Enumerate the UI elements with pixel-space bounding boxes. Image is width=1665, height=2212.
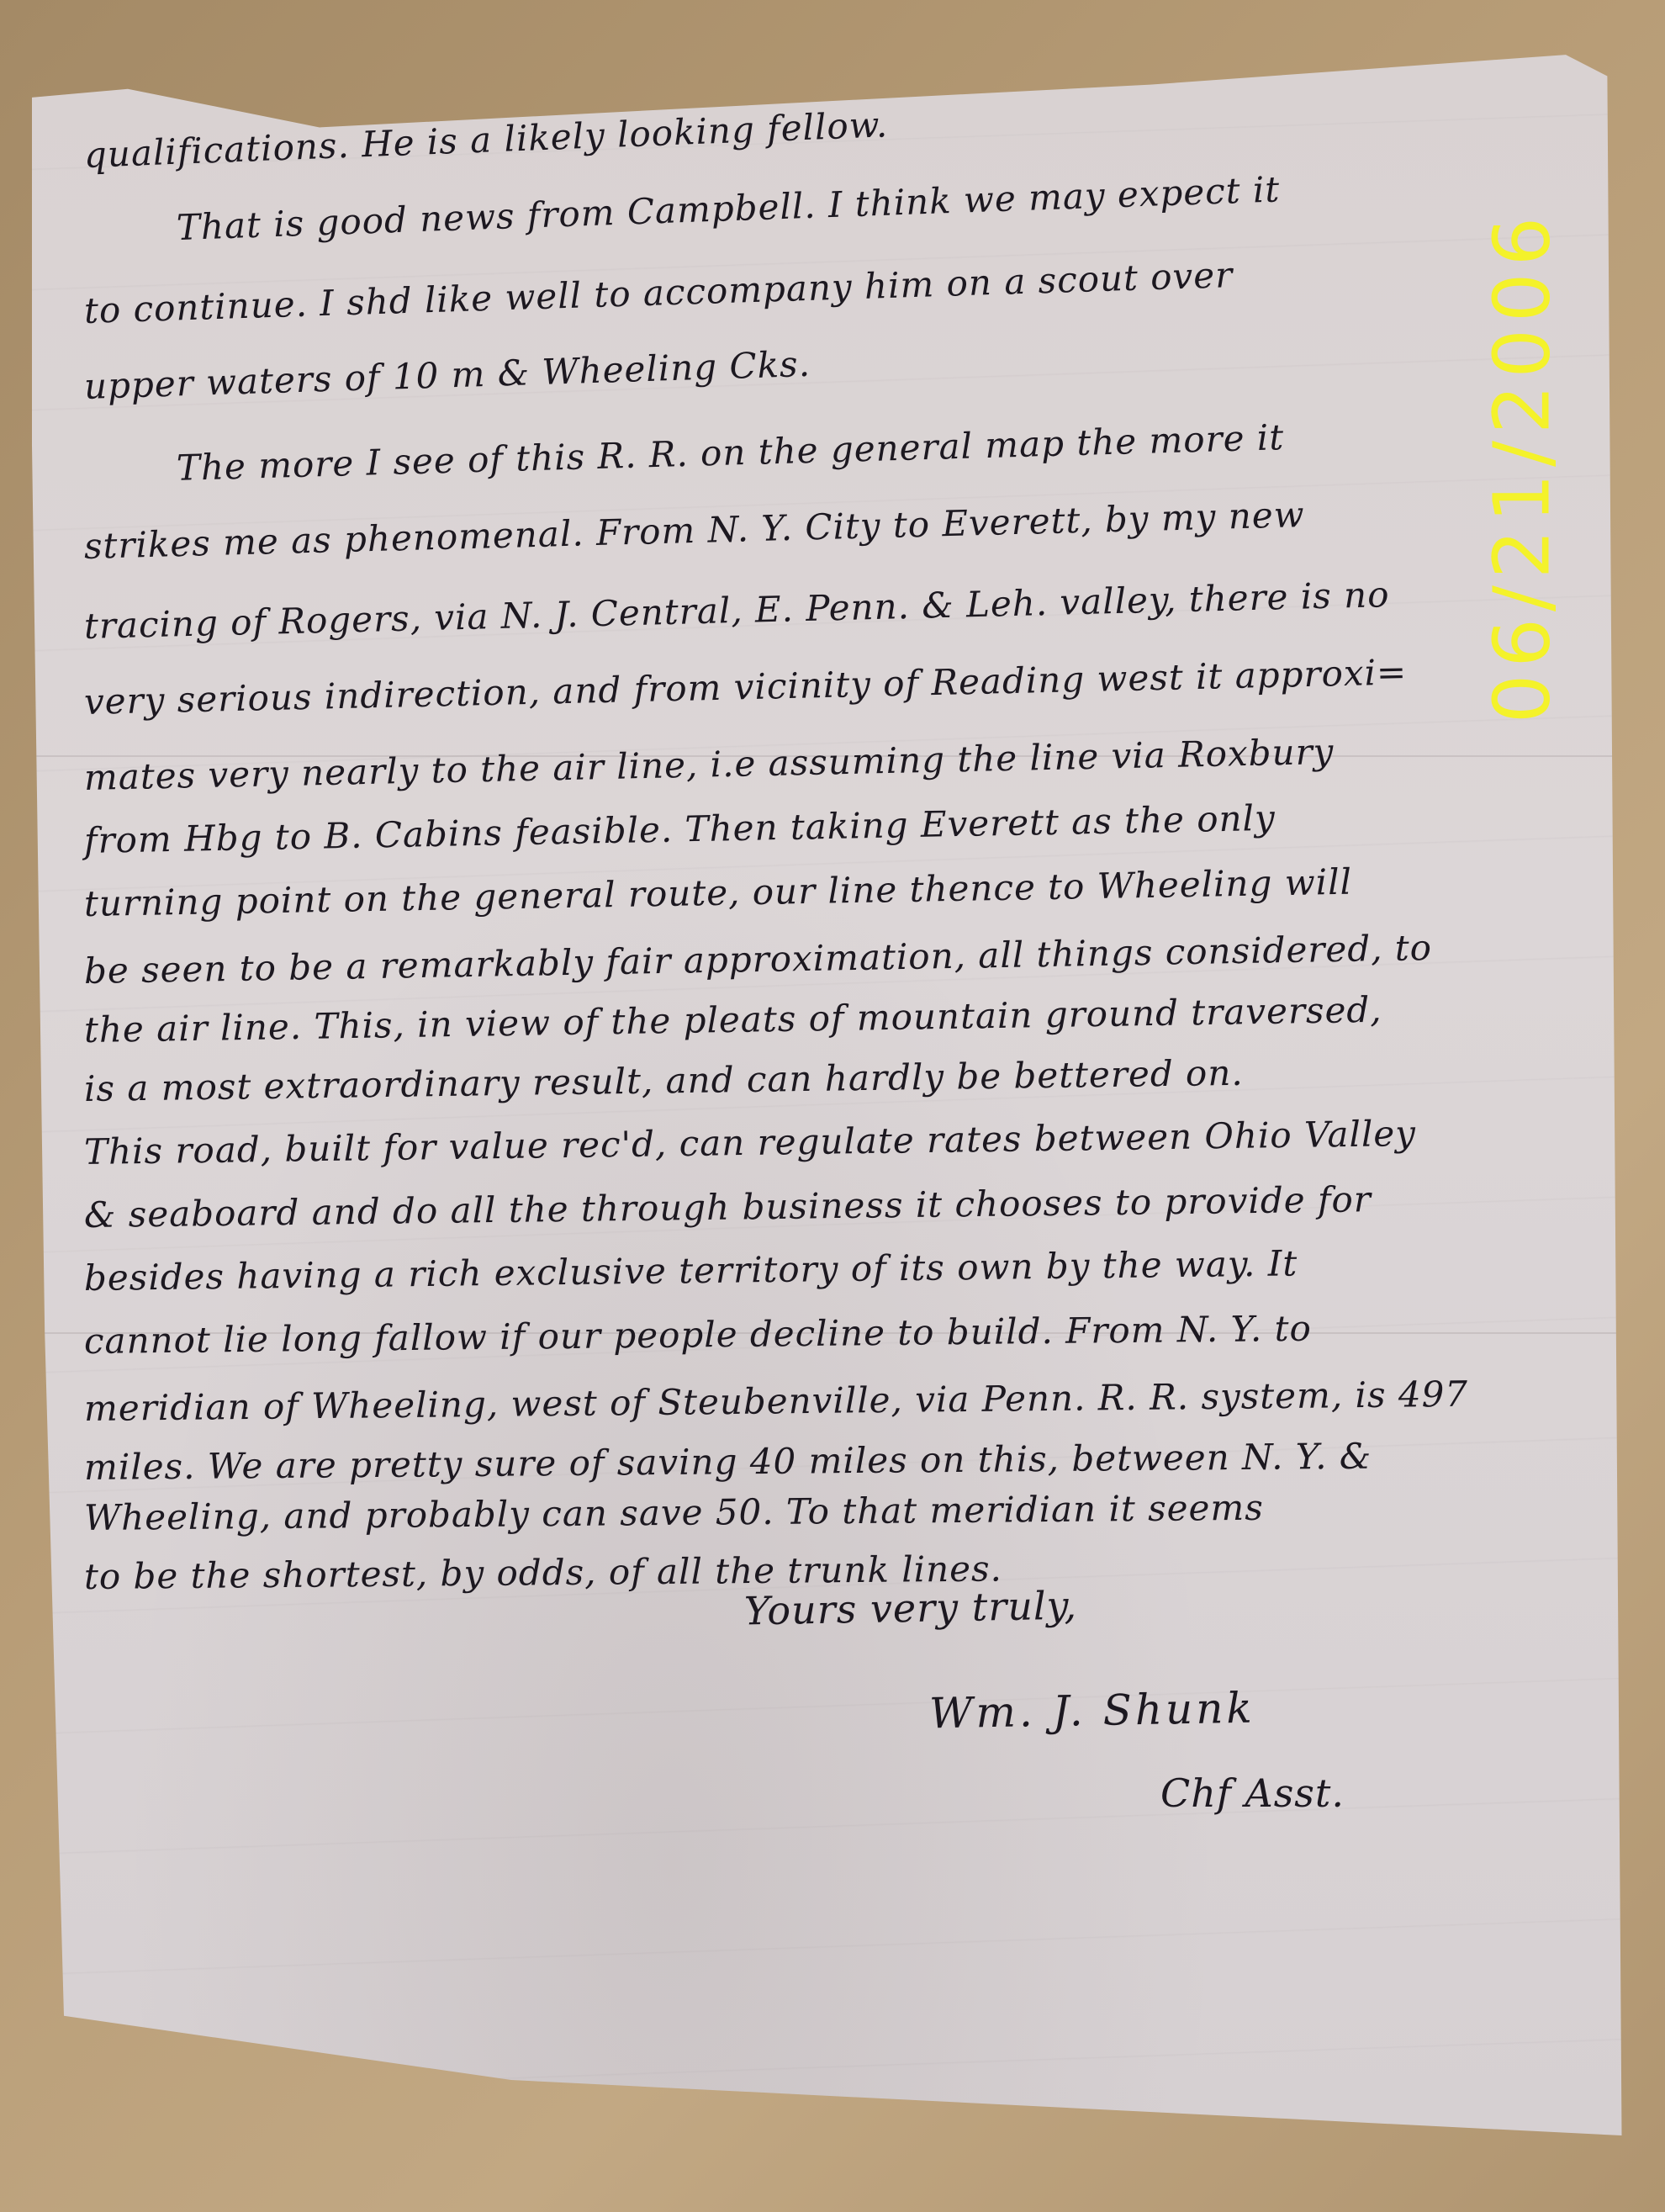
date-stamp-text: 06/21/2006 xyxy=(1477,210,1567,723)
camera-date-stamp: 06/21/2006 xyxy=(1476,42,1568,892)
letter-closing: Yours very truly, xyxy=(744,1583,1078,1634)
signature: Wm. J. Shunk xyxy=(929,1684,1256,1738)
signer-title: Chf Asst. xyxy=(1160,1770,1345,1816)
